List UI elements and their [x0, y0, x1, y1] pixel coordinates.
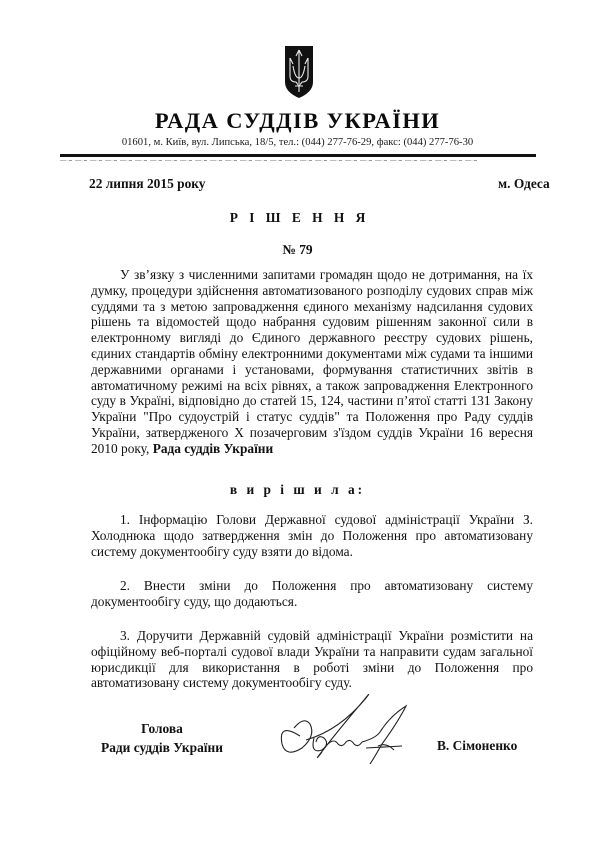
document-number: № 79	[0, 242, 595, 258]
trident-coat-of-arms-icon	[283, 42, 315, 100]
handwritten-signature-icon	[270, 692, 420, 767]
header-divider-thin	[60, 160, 480, 161]
document-date: 22 липня 2015 року	[89, 176, 205, 192]
resolution-item-2: 2. Внести зміни до Положення про автомат…	[91, 578, 533, 610]
preamble-text: У зв’язку з численними запитами громадян…	[91, 267, 533, 456]
signatory-title-line2: Ради суддів України	[92, 738, 232, 757]
signatory-title-line1: Голова	[92, 719, 232, 738]
resolution-item-3: 3. Доручити Державній судовій адміністра…	[91, 628, 533, 691]
document-type-heading: Р І Ш Е Н Н Я	[0, 210, 595, 226]
resolution-item-1: 1. Інформацію Голови Державної судової а…	[91, 512, 533, 559]
preamble-paragraph: У зв’язку з численними запитами громадян…	[91, 267, 533, 457]
organization-address: 01601, м. Київ, вул. Липська, 18/5, тел.…	[0, 137, 595, 148]
signer-name: В. Сімоненко	[437, 738, 517, 754]
resolved-heading: в и р і ш и л а:	[0, 482, 595, 498]
document-city: м. Одеса	[498, 176, 550, 192]
resolution-item-text: 2. Внести зміни до Положення про автомат…	[91, 578, 533, 610]
organization-title: РАДА СУДДІВ УКРАЇНИ	[0, 108, 595, 134]
signatory-title: Голова Ради суддів України	[92, 719, 232, 757]
resolution-item-text: 1. Інформацію Голови Державної судової а…	[91, 512, 533, 559]
preamble-bold-subject: Рада суддів України	[153, 441, 273, 456]
header-divider	[60, 154, 536, 157]
resolution-item-text: 3. Доручити Державній судовій адміністра…	[91, 628, 533, 691]
